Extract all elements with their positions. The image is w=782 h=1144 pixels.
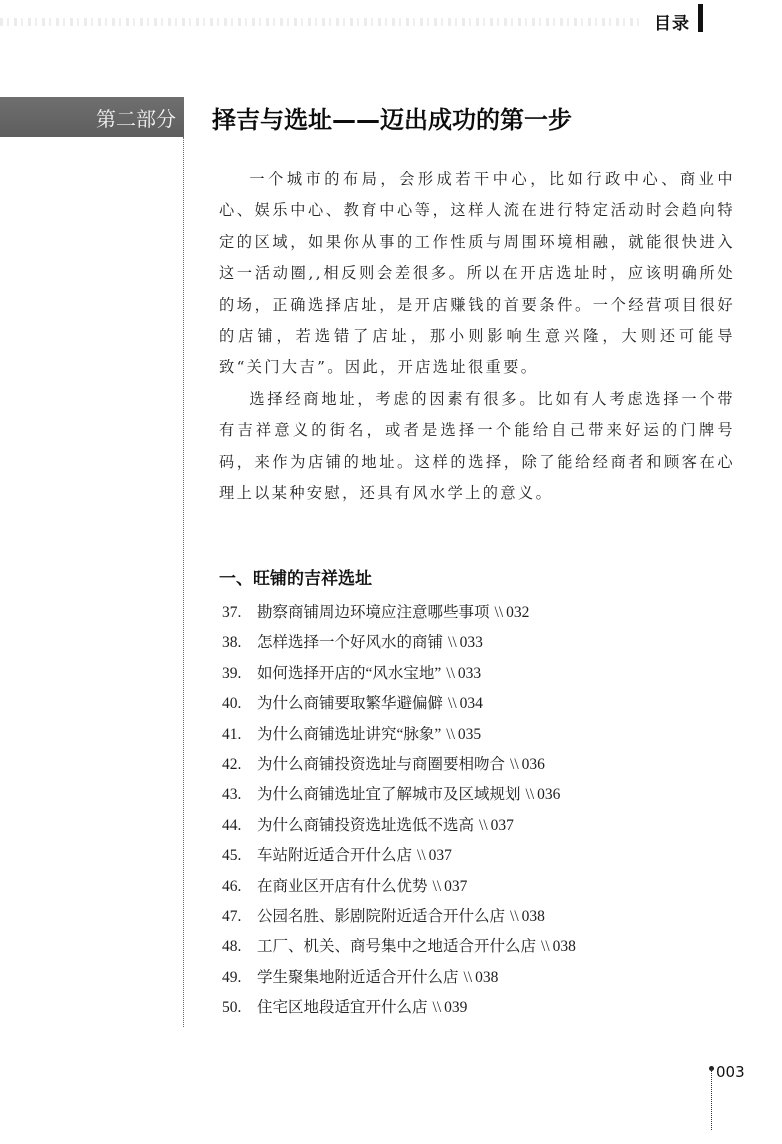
toc-item[interactable]: 49.学生聚集地附近适合开什么店\\038 [222,963,576,993]
toc-item-number: 48. [222,932,257,962]
toc-item-number: 49. [222,963,257,993]
toc-item[interactable]: 42.为什么商铺投资选址与商圈要相吻合\\036 [222,750,576,780]
toc-separator: \\ [446,726,455,743]
toc-item-page: 038 [553,938,576,955]
toc-item-page: 033 [458,665,481,682]
toc-item-page: 036 [537,786,560,803]
toc-item-number: 41. [222,720,257,750]
toc-item-title: 为什么商铺选址讲究“脉象” [257,726,441,743]
part-label-box: 第二部分 [0,97,184,137]
toc-separator: \\ [446,665,455,682]
toc-item[interactable]: 40.为什么商铺要取繁华避偏僻\\034 [222,689,576,719]
toc-separator: \\ [433,999,442,1016]
toc-separator: \\ [464,969,473,986]
toc-item-number: 47. [222,902,257,932]
toc-item-number: 40. [222,689,257,719]
header-bar-divider [698,4,703,32]
toc-item[interactable]: 39.如何选择开店的“风水宝地”\\033 [222,659,576,689]
toc-item-page: 038 [475,969,498,986]
toc-item-page: 032 [506,604,529,621]
toc-separator: \\ [495,604,504,621]
toc-item[interactable]: 37.勘察商铺周边环境应注意哪些事项\\032 [222,598,576,628]
toc-item-title: 车站附近适合开什么店 [257,847,412,864]
header-scan-noise [0,18,640,26]
toc-separator: \\ [433,878,442,895]
toc-item-page: 037 [491,817,514,834]
toc-item[interactable]: 48.工厂、机关、商号集中之地适合开什么店\\038 [222,932,576,962]
toc-item[interactable]: 46.在商业区开店有什么优势\\037 [222,872,576,902]
toc-separator: \\ [510,756,519,773]
toc-item-title: 如何选择开店的“风水宝地” [257,665,441,682]
toc-separator: \\ [526,786,535,803]
toc-separator: \\ [479,817,488,834]
toc-item-title: 公园名胜、影剧院附近适合开什么店 [257,908,505,925]
intro-text: 一个城市的布局，会形成若干中心，比如行政中心、商业中心、娱乐中心、教育中心等，这… [219,164,735,509]
toc-item-title: 为什么商铺投资选址选低不选高 [257,817,474,834]
toc-item-title: 为什么商铺要取繁华避偏僻 [257,695,443,712]
toc-item-page: 037 [429,847,452,864]
toc-item[interactable]: 43.为什么商铺选址宜了解城市及区域规划\\036 [222,780,576,810]
page-number-rule [711,1068,712,1130]
toc-item[interactable]: 50.住宅区地段适宜开什么店\\039 [222,993,576,1023]
toc-item-page: 039 [444,999,467,1016]
toc-item-title: 住宅区地段适宜开什么店 [257,999,428,1016]
toc-item-page: 033 [460,634,483,651]
toc-item[interactable]: 38.怎样选择一个好风水的商铺\\033 [222,628,576,658]
toc-separator: \\ [541,938,550,955]
toc-item-page: 037 [444,878,467,895]
toc-separator: \\ [510,908,519,925]
toc-item[interactable]: 41.为什么商铺选址讲究“脉象”\\035 [222,720,576,750]
toc-item-title: 为什么商铺投资选址与商圈要相吻合 [257,756,505,773]
toc-item-title: 工厂、机关、商号集中之地适合开什么店 [257,938,536,955]
chapter-title: 择吉与选址——迈出成功的第一步 [212,100,572,135]
toc-item[interactable]: 45.车站附近适合开什么店\\037 [222,841,576,871]
section-heading: 一、旺铺的吉祥选址 [219,564,372,589]
margin-vertical-rule [183,137,184,1027]
toc-item-number: 42. [222,750,257,780]
toc-item-title: 为什么商铺选址宜了解城市及区域规划 [257,786,521,803]
toc-item-number: 45. [222,841,257,871]
toc-item-title: 怎样选择一个好风水的商铺 [257,634,443,651]
toc-item-title: 勘察商铺周边环境应注意哪些事项 [257,604,490,621]
toc-item-page: 034 [460,695,483,712]
toc-item-number: 46. [222,872,257,902]
page-number: 003 [716,1063,745,1081]
toc-item-number: 37. [222,598,257,628]
toc-item-number: 44. [222,811,257,841]
toc-item-number: 43. [222,780,257,810]
toc-separator: \\ [417,847,426,864]
toc-item-page: 038 [522,908,545,925]
intro-paragraph-2: 选择经商地址，考虑的因素有很多。比如有人考虑选择一个带有吉祥意义的街名，或者是选… [219,384,735,510]
intro-paragraph-1: 一个城市的布局，会形成若干中心，比如行政中心、商业中心、娱乐中心、教育中心等，这… [219,164,735,384]
toc-item-title: 在商业区开店有什么优势 [257,878,428,895]
toc-list: 37.勘察商铺周边环境应注意哪些事项\\032 38.怎样选择一个好风水的商铺\… [222,598,576,1023]
toc-item-number: 50. [222,993,257,1023]
toc-item-page: 035 [458,726,481,743]
toc-separator: \\ [448,634,457,651]
toc-separator: \\ [448,695,457,712]
part-label: 第二部分 [96,103,176,132]
toc-item-number: 38. [222,628,257,658]
header-title: 目录 [654,9,690,34]
toc-item[interactable]: 44.为什么商铺投资选址选低不选高\\037 [222,811,576,841]
toc-item-number: 39. [222,659,257,689]
toc-item-title: 学生聚集地附近适合开什么店 [257,969,459,986]
toc-item-page: 036 [522,756,545,773]
toc-item[interactable]: 47.公园名胜、影剧院附近适合开什么店\\038 [222,902,576,932]
